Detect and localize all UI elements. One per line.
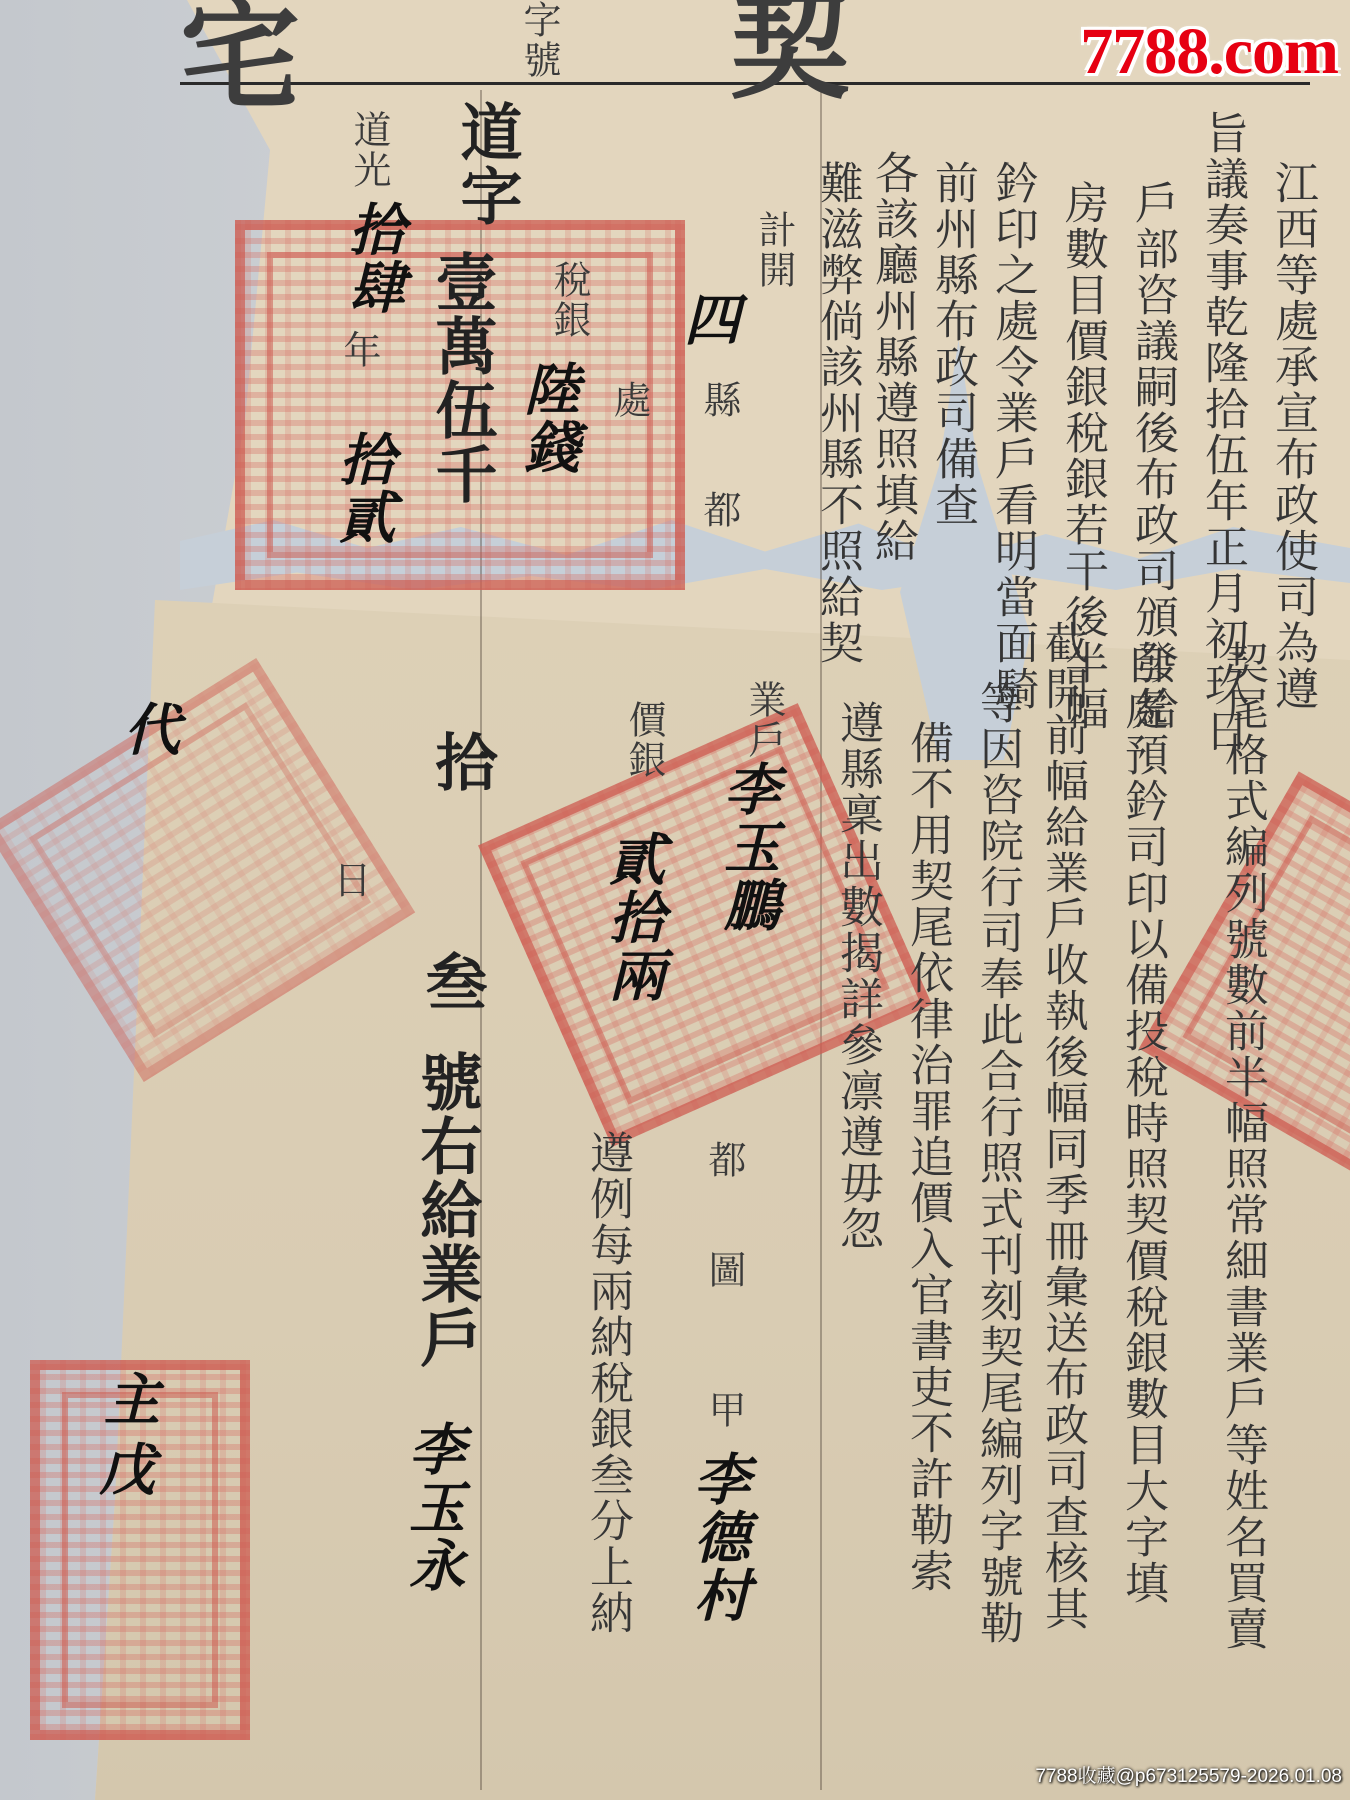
printed-column: 前州縣布政司備查 (930, 160, 974, 528)
printed-column: 備不用契尾依律治罪追價入官書吏不許勒索 (905, 720, 949, 1594)
printed-column: 鈐印之處令業戶看明當面騎 (990, 160, 1034, 712)
day-label: 日 (330, 860, 368, 900)
site-watermark-logo: 7788.com (1080, 14, 1338, 90)
per-tael-rule: 遵例每兩納稅銀叁分上納 (585, 1130, 629, 1636)
printed-column: 截開前幅給業戶收執後幅同季冊彙送布政司查核其 (1040, 620, 1084, 1632)
price-silver-amount: 貳拾兩 (605, 830, 661, 1004)
serial-number: 叁 (420, 950, 482, 1014)
year-label: 年 (340, 330, 378, 370)
place-label: 處 (610, 380, 648, 420)
header-fragment: 字號 (520, 0, 558, 80)
printed-column: 江西等處承宣布政使司為遵 (1270, 160, 1314, 712)
edge-fragment: 代 (120, 700, 176, 758)
month-handwritten: 拾貳 (335, 430, 391, 546)
year-handwritten: 拾肆 (345, 200, 401, 316)
printed-column: 契尾格式編列號數前半幅照常細書業戶等姓名買賣 (1220, 640, 1264, 1652)
price-silver-label: 價銀 (625, 700, 663, 780)
serial-label: 號右給業戶 (415, 1050, 477, 1370)
county-value: 四 (680, 290, 736, 348)
tax-silver-amount: 陸錢 (520, 360, 576, 476)
ward-label: 都 (705, 1140, 743, 1180)
printed-column: 各該廳州縣遵照填給 (870, 150, 914, 564)
edge-fragment: 主 (100, 1370, 156, 1428)
printed-column: 等因咨院行司奉此合行照式刊刻契尾編列字號勒 (975, 680, 1019, 1646)
printed-column: 計開 (755, 210, 793, 290)
header-fragment: 契 (730, 0, 850, 122)
county-label: 縣 (700, 380, 738, 420)
jia-name: 李德村 (690, 1450, 746, 1624)
owner-name: 李玉鵬 (720, 760, 776, 934)
ten-character: 拾 (430, 730, 492, 794)
jia-label: 甲 (705, 1390, 743, 1430)
ward-label: 都 (700, 490, 738, 530)
tax-silver-label: 稅銀 (550, 260, 588, 340)
printed-amount: 壹萬伍千 (430, 250, 492, 506)
era-label: 道光 (350, 110, 388, 190)
tu-label: 圖 (705, 1250, 743, 1290)
printed-column: 難滋弊倘該州縣不照給契 (815, 160, 859, 666)
header-fragment: 宅 (180, 0, 300, 132)
edge-fragment: 戊 (95, 1440, 151, 1498)
character-label: 道字 (455, 100, 517, 228)
printed-column: 自處預鈐司印以備投稅時照契價稅銀數目大字填 (1120, 640, 1164, 1606)
serial-holder: 李玉永 (405, 1420, 461, 1594)
owner-label: 業戶 (745, 680, 783, 760)
site-watermark-footer: 7788收藏@p673125579-2026.01.08 (1035, 1761, 1342, 1788)
printed-column: 遵縣稟出數揭詳參凛遵毋忽 (835, 700, 879, 1252)
